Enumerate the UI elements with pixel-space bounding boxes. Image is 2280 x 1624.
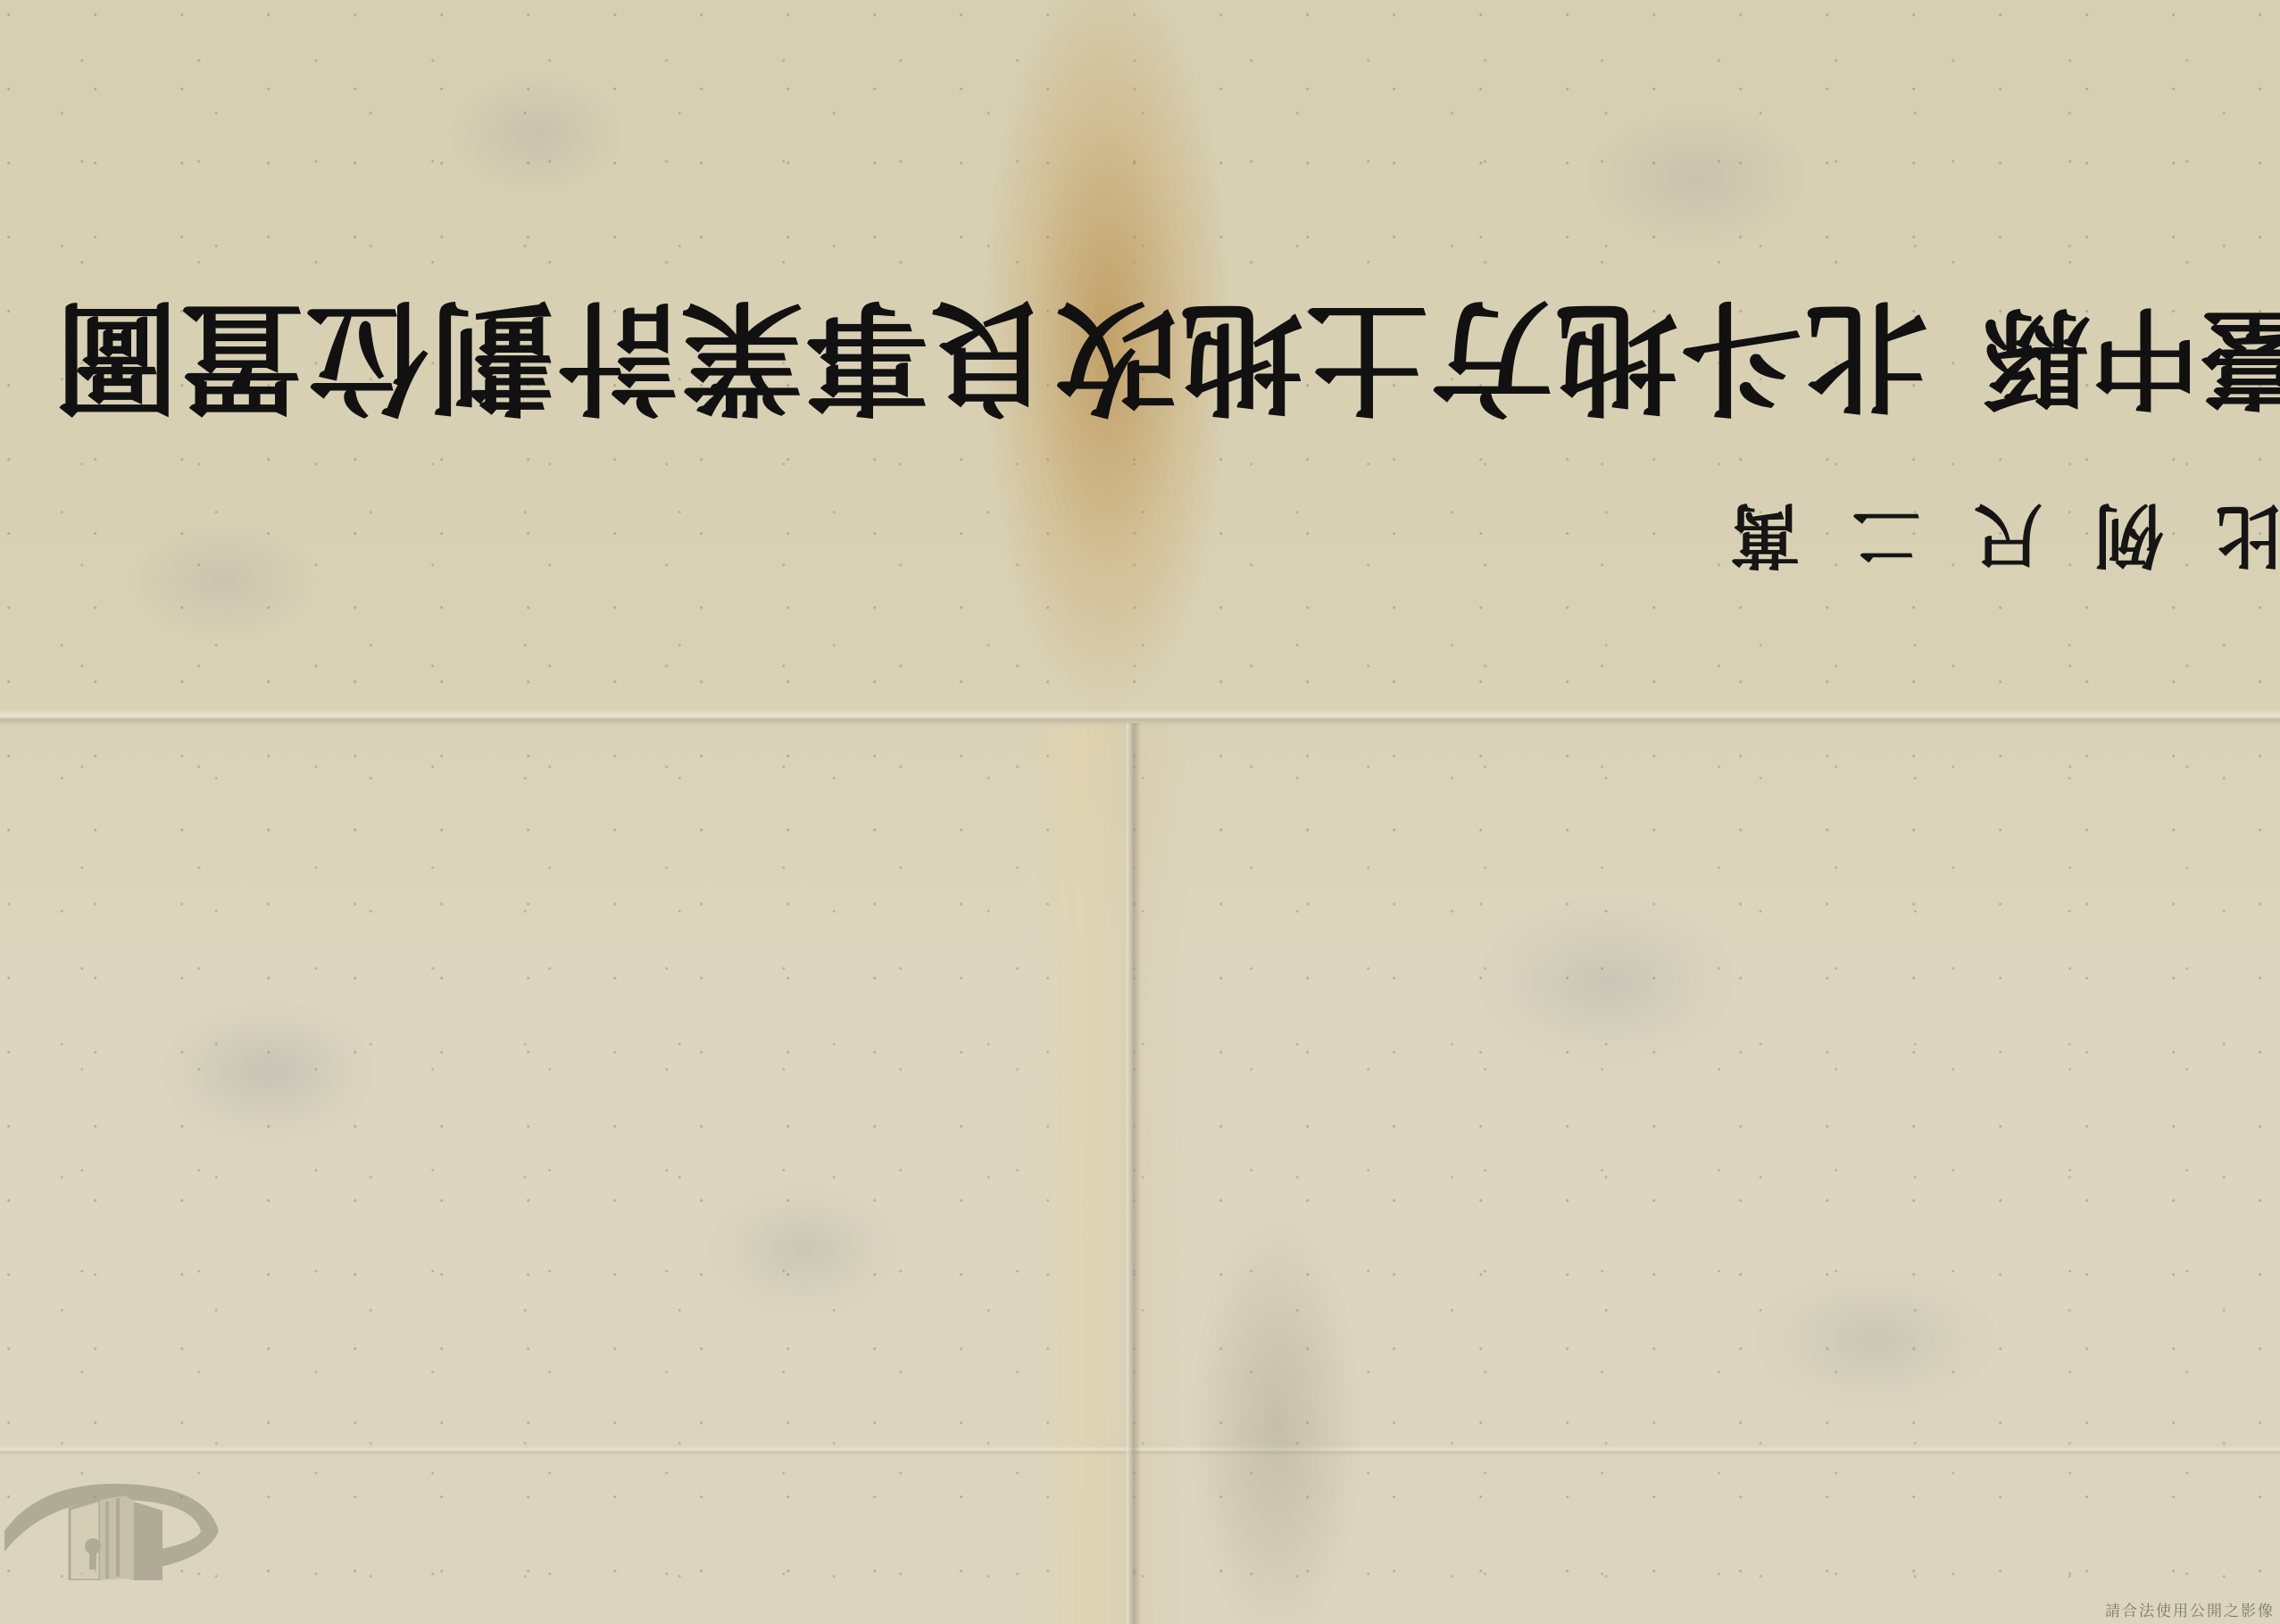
document-title: 臺中縣 北斗地方土地改良事業計劃位置圖 bbox=[54, 286, 2280, 446]
title-main: 北斗地方土地改良事業計劃位置圖 bbox=[54, 278, 1928, 454]
scale-text: 比例尺二萬 bbox=[1678, 490, 2280, 590]
scanned-document: 臺中縣 北斗地方土地改良事業計劃位置圖 比例尺二萬 請合法使用公開之影像 bbox=[0, 0, 2280, 1624]
wrinkle-shadow bbox=[1161, 1161, 1393, 1624]
vertical-fold-crease bbox=[1127, 723, 1141, 1624]
scale-label: 比例尺二萬 bbox=[1750, 482, 2280, 598]
archive-logo-icon bbox=[0, 1446, 232, 1580]
usage-notice: 請合法使用公開之影像 bbox=[2105, 1598, 2275, 1620]
title-county: 臺中縣 bbox=[1982, 288, 2280, 445]
